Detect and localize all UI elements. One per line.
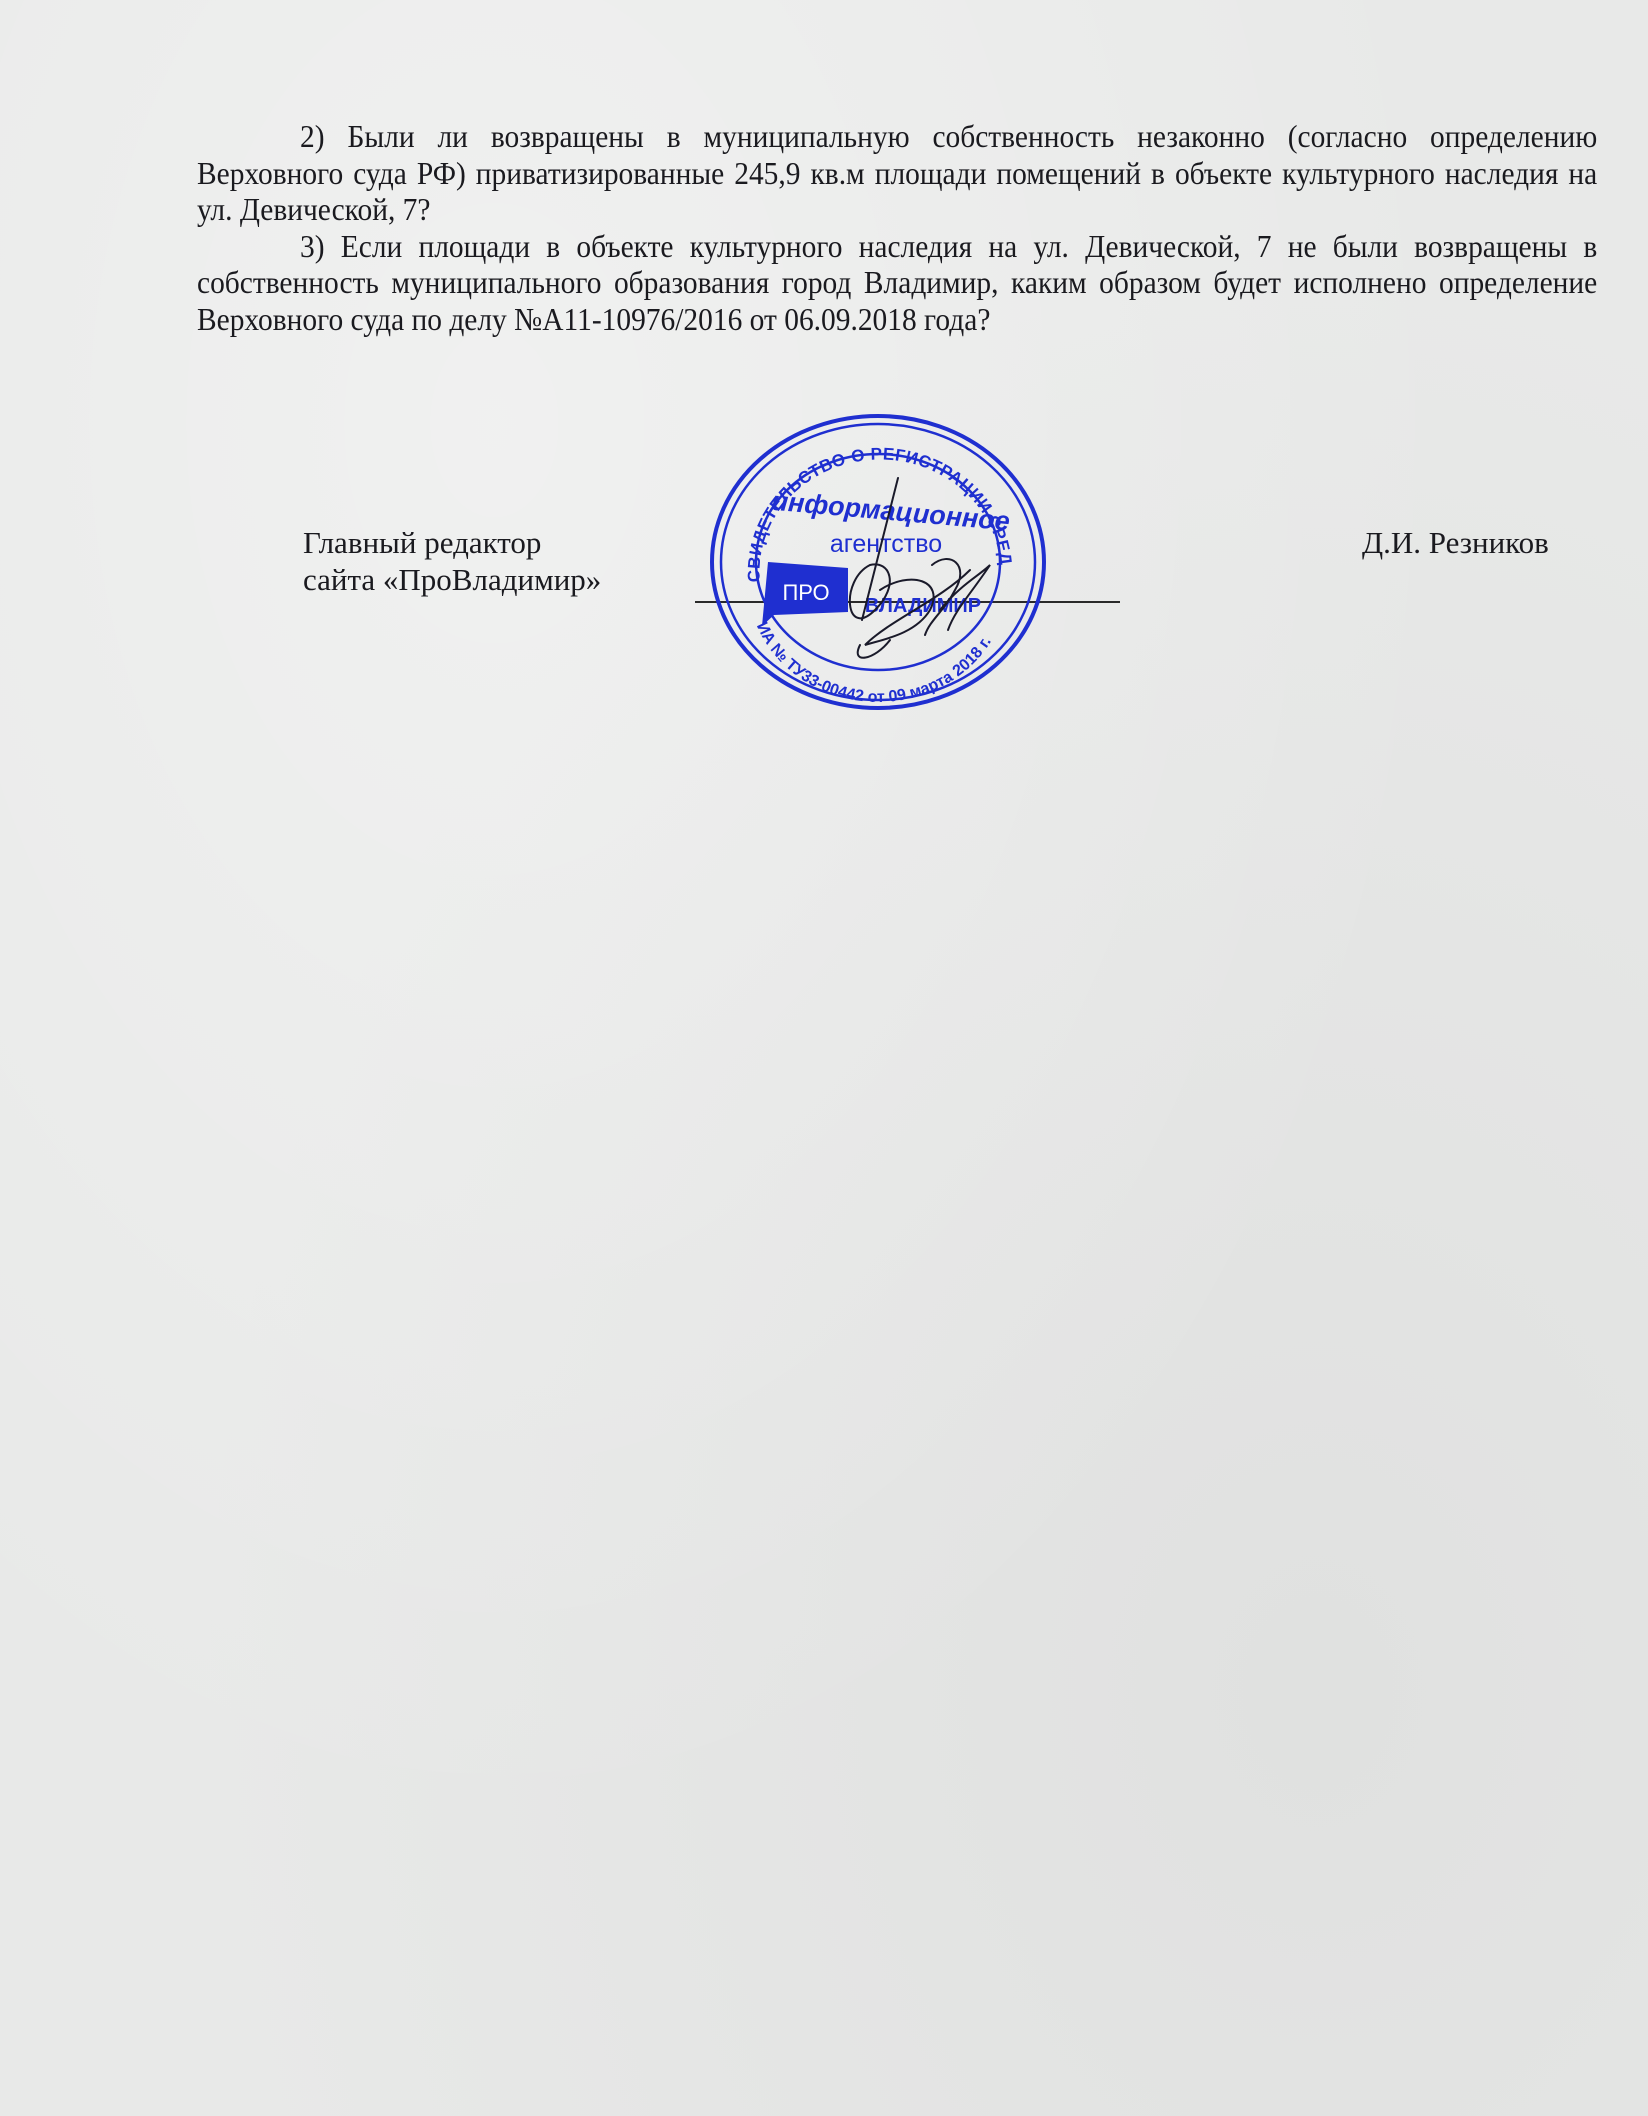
signer-position-line1: Главный редактор [303,524,601,561]
signer-position: Главный редактор сайта «ПроВладимир» [303,524,601,598]
paragraph-question-2: 2) Были ли возвращены в муниципальную со… [197,118,1597,228]
handwritten-signature [820,470,1010,670]
document-body: 2) Были ли возвращены в муниципальную со… [197,118,1597,337]
document-page: 2) Были ли возвращены в муниципальную со… [0,0,1648,2116]
paragraph-question-3: 3) Если площади в объекте культурного на… [197,228,1597,338]
signer-position-line2: сайта «ПроВладимир» [303,561,601,598]
signer-name: Д.И. Резников [1362,524,1549,561]
